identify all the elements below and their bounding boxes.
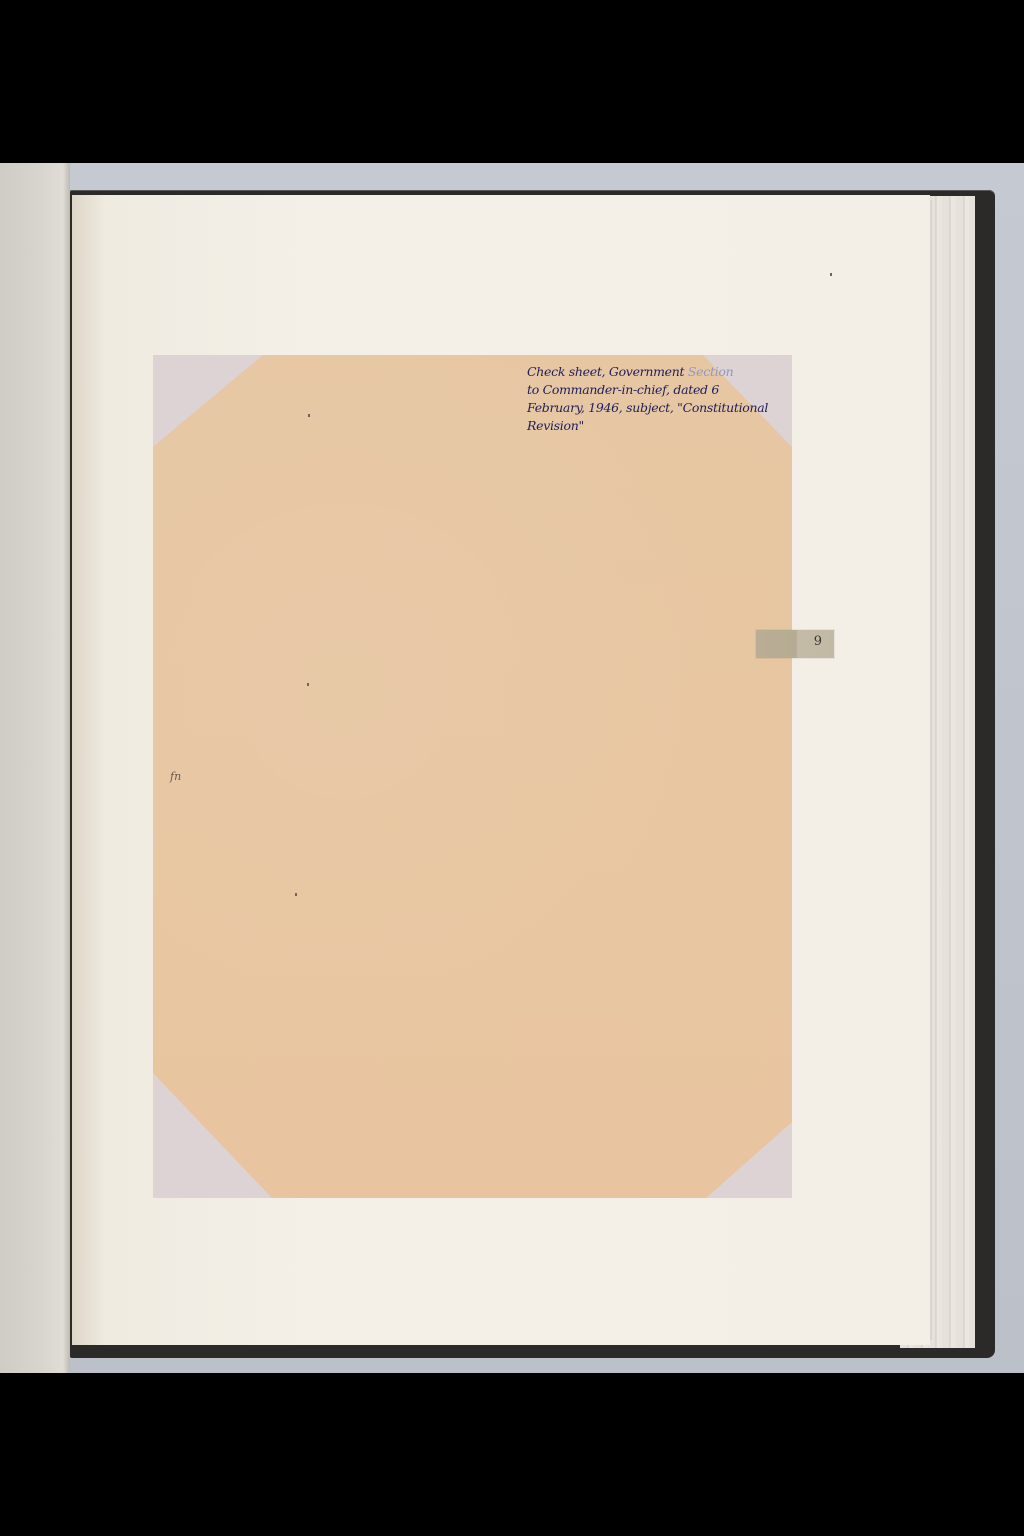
pencil-mark: fn <box>170 770 181 783</box>
document-sheet <box>153 355 792 1198</box>
annotation-line-1: Check sheet, Government Section <box>527 363 787 381</box>
handwritten-annotation: Check sheet, Government Section to Comma… <box>527 363 787 435</box>
facing-left-page <box>0 163 70 1373</box>
speck <box>307 683 309 686</box>
annotation-line-3: February, 1946, subject, "Constitutional <box>527 399 787 417</box>
index-tab: 9 <box>756 630 834 658</box>
speck <box>830 273 832 276</box>
annotation-line-2: to Commander-in-chief, dated 6 <box>527 381 787 399</box>
annotation-line-4: Revision" <box>527 417 787 435</box>
speck <box>295 893 297 896</box>
speck <box>308 414 310 417</box>
annotation-faded-word: Section <box>688 364 733 379</box>
tab-number: 9 <box>814 634 822 649</box>
